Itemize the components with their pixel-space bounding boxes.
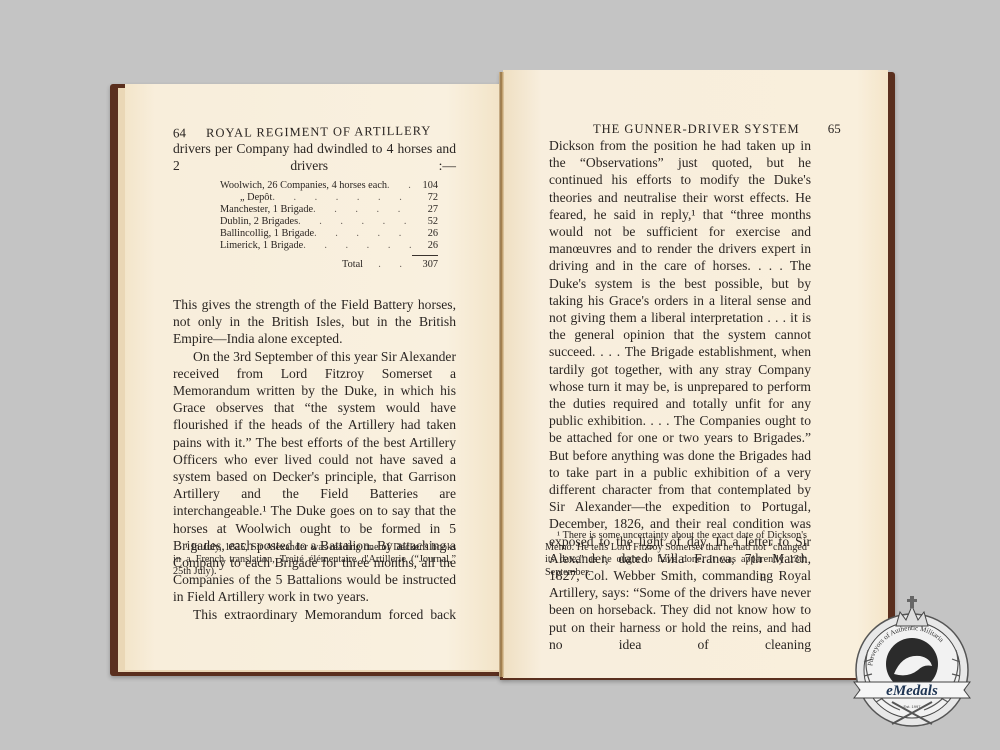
row-label: Manchester, 1 Brigade (220, 204, 313, 216)
left-intro-text: drivers per Company had dwindled to 4 ho… (173, 140, 456, 174)
leader-dots: . . (363, 259, 416, 271)
book-gutter (499, 72, 504, 677)
row-label: „ Depôt (220, 192, 272, 204)
horse-strength-table: Woolwich, 26 Companies, 4 horses each . … (220, 180, 438, 271)
right-page-number: 65 (828, 121, 841, 136)
row-value: 52 (416, 216, 438, 228)
signature-mark: E (760, 573, 766, 584)
table-row: Woolwich, 26 Companies, 4 horses each . … (220, 180, 438, 192)
right-running-head: THE GUNNER-DRIVER SYSTEM 65 (593, 121, 841, 137)
leader-dots: . . . . . . . . (313, 204, 416, 216)
table-row: Dublin, 2 Brigades . . . . . . . . . 52 (220, 216, 438, 228)
row-label: Ballincollig, 1 Brigade (220, 228, 314, 240)
table-total-row: Total . . 307 (220, 259, 438, 271)
row-value: 104 (416, 180, 438, 192)
leader-dots: . . (387, 180, 416, 192)
table-row: Ballincollig, 1 Brigade . . . . . . . . … (220, 228, 438, 240)
open-book: 64 ROYAL REGIMENT OF ARTILLERY drivers p… (0, 0, 1000, 750)
body-paragraph: This gives the strength of the Field Bat… (173, 296, 456, 348)
crown-icon (896, 596, 928, 626)
total-value: 307 (416, 259, 438, 271)
row-value: 26 (416, 240, 438, 252)
row-label: Woolwich, 26 Companies, 4 horses each (220, 180, 387, 192)
table-row: Limerick, 1 Brigade . . . . . . . . . 26 (220, 240, 438, 252)
row-value: 72 (416, 192, 438, 204)
table-row: „ Depôt . . . . . . . . 72 (220, 192, 438, 204)
left-page-number: 64 (173, 125, 186, 140)
right-running-title: THE GUNNER-DRIVER SYSTEM (593, 122, 800, 136)
body-paragraph: This extraordinary Memorandum forced bac… (173, 606, 456, 623)
total-label: Total (220, 259, 363, 271)
row-label: Dublin, 2 Brigades (220, 216, 298, 228)
footnote-text: ¹ In July, 1825, Sir Alexander was readi… (173, 542, 456, 579)
sum-rule (412, 255, 438, 256)
right-footnote: ¹ There is some uncertainty about the ex… (545, 530, 807, 579)
left-running-head: 64 ROYAL REGIMENT OF ARTILLERY (173, 123, 431, 142)
row-label: Limerick, 1 Brigade (220, 240, 303, 252)
leader-dots: . . . . . . . . . (298, 216, 416, 228)
row-value: 27 (416, 204, 438, 216)
leader-dots: . . . . . . . . (272, 192, 416, 204)
emedals-watermark-badge: Purveyors of Authentic Militaria eMedals… (842, 590, 982, 730)
intro-paragraph: drivers per Company had dwindled to 4 ho… (173, 140, 456, 174)
table-row: Manchester, 1 Brigade . . . . . . . . 27 (220, 204, 438, 216)
badge-brand: eMedals (886, 683, 938, 699)
leader-dots: . . . . . . . . . (303, 240, 416, 252)
row-value: 26 (416, 228, 438, 240)
leader-dots: . . . . . . . . (314, 228, 416, 240)
left-footnote: ¹ In July, 1825, Sir Alexander was readi… (173, 542, 456, 579)
left-running-title: ROYAL REGIMENT OF ARTILLERY (206, 124, 431, 140)
footnote-text: ¹ There is some uncertainty about the ex… (545, 530, 807, 579)
